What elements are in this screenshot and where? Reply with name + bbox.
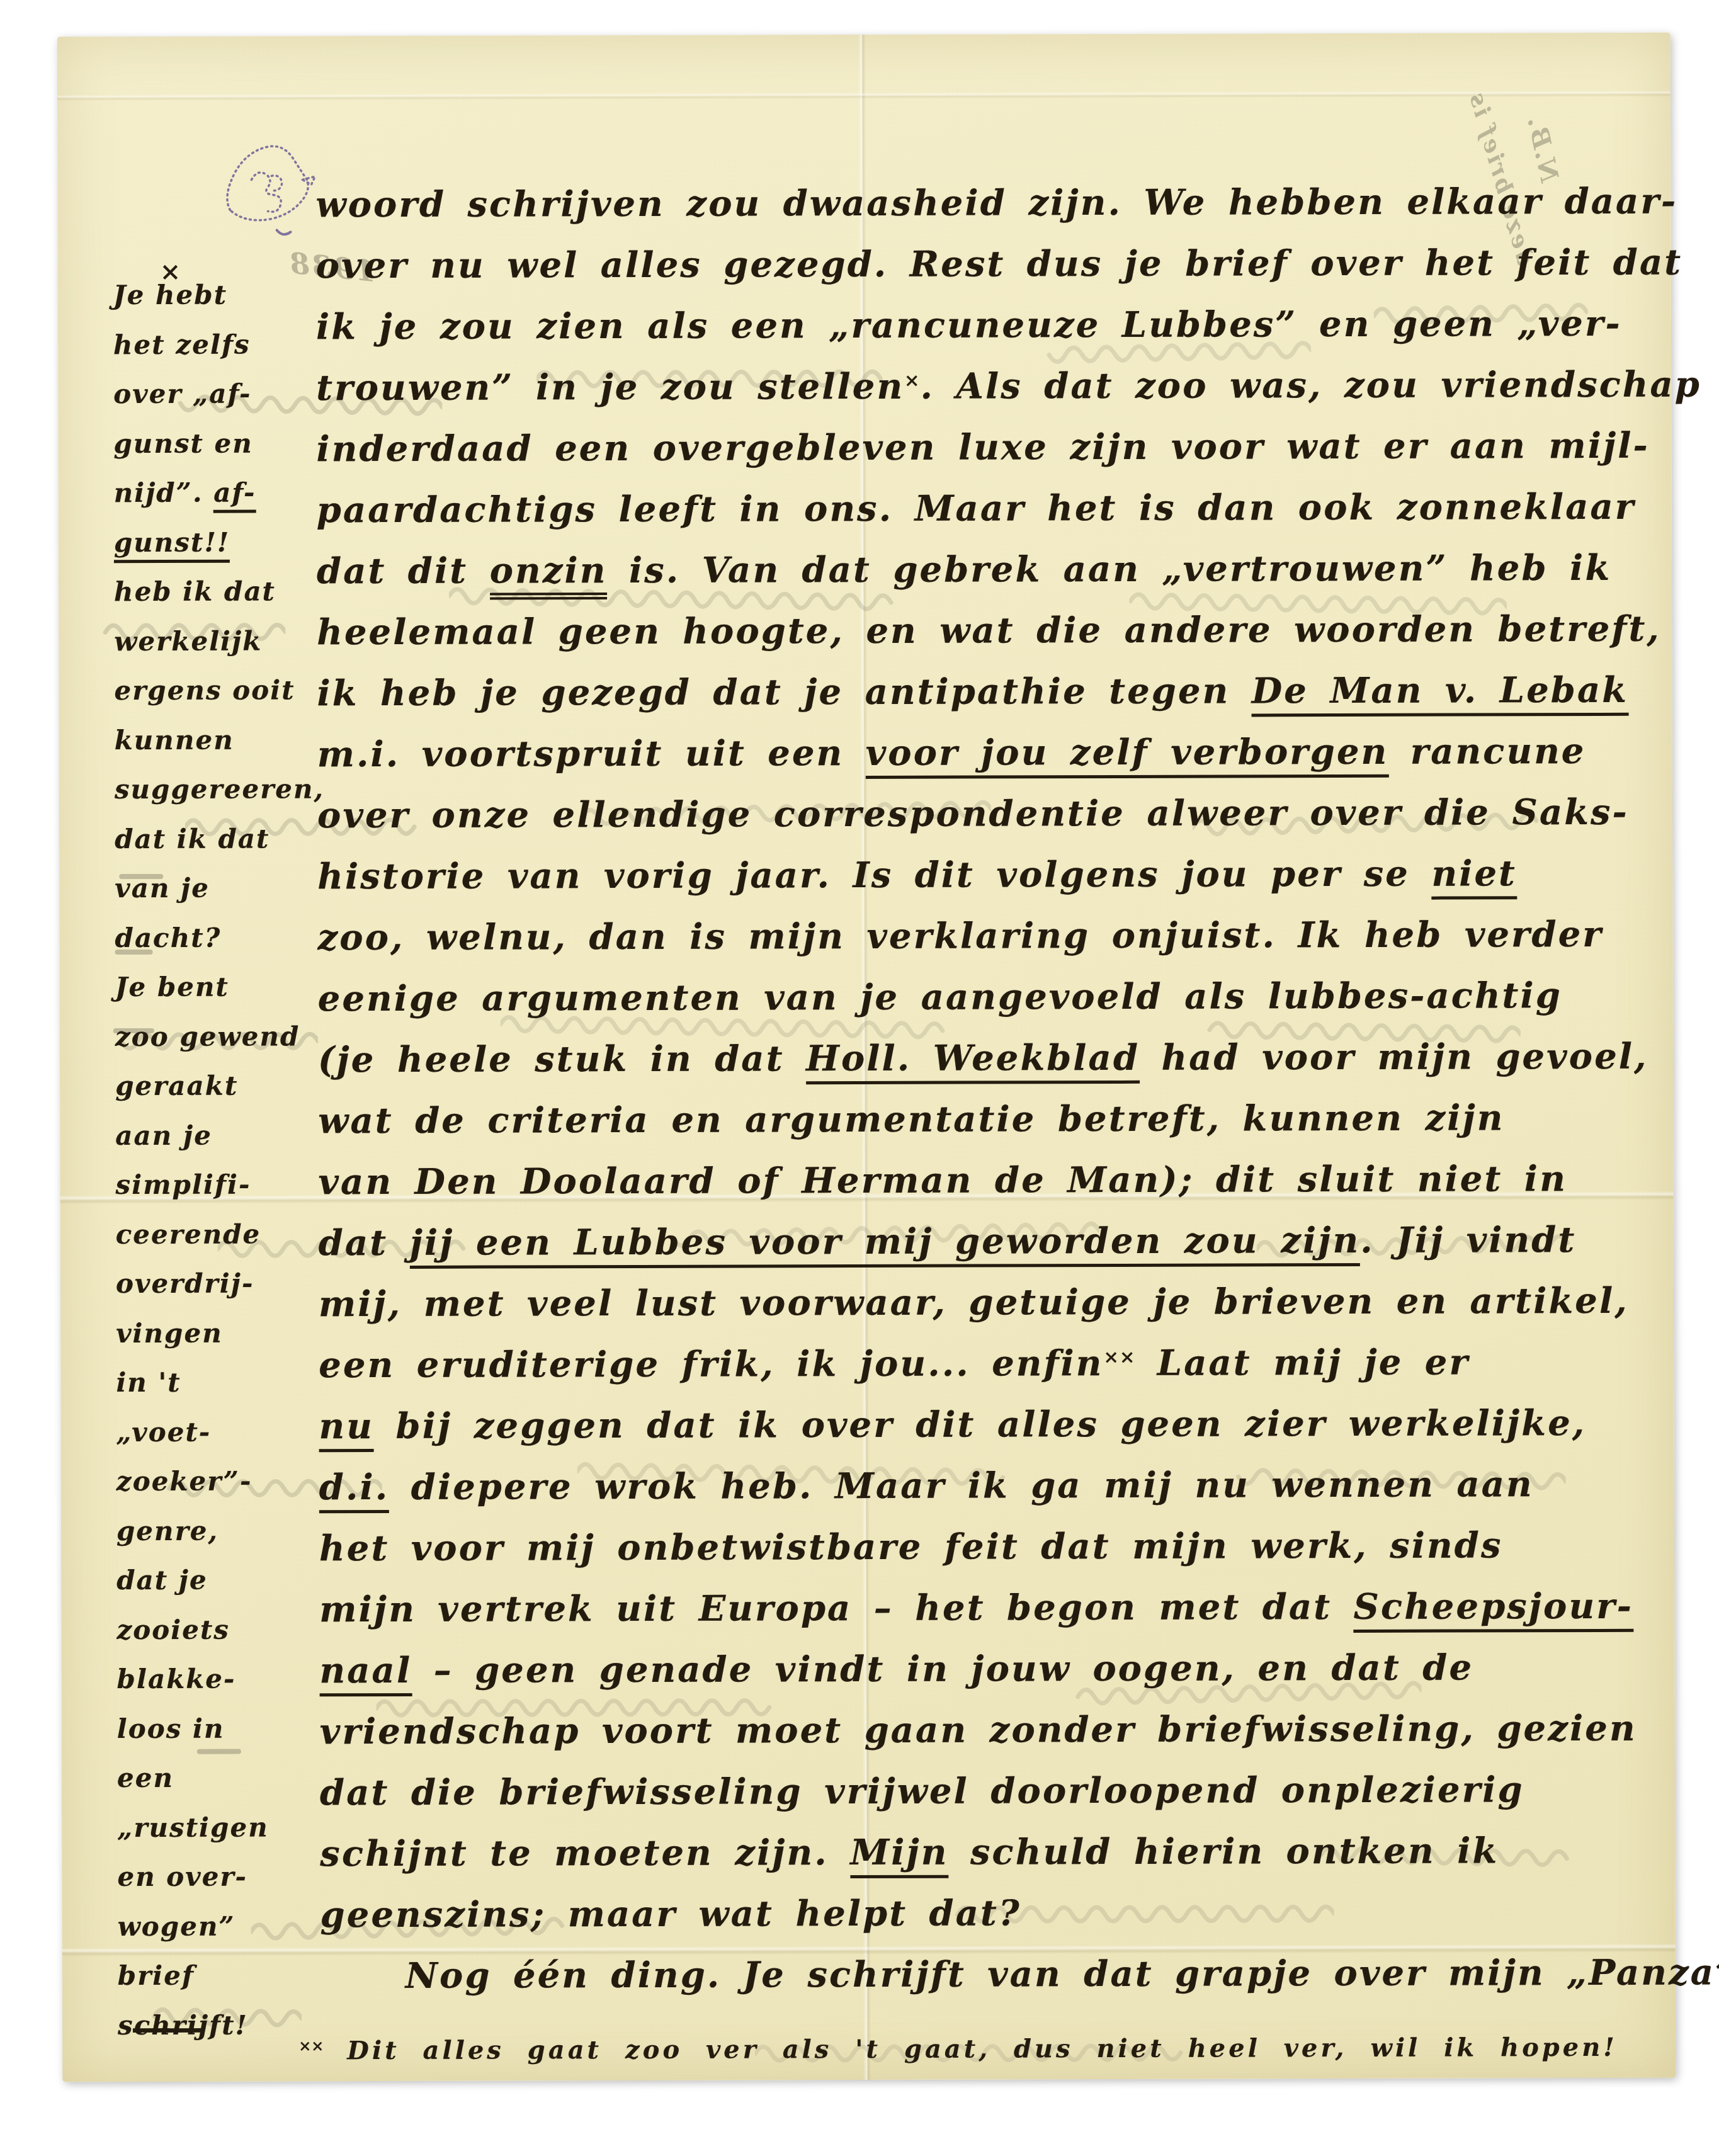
text-run: simplifi- xyxy=(115,1169,251,1201)
text-run: niet xyxy=(1431,853,1517,899)
margin-note-line: werkelijk xyxy=(114,628,262,655)
ink-bleedthrough-dash xyxy=(197,1749,241,1754)
scanned-letter: { "document": { "kind": "handwritten let… xyxy=(0,0,1719,2156)
text-run: van je xyxy=(115,873,210,904)
text-run: in 't xyxy=(116,1367,181,1398)
fold-crease-top xyxy=(57,91,1671,101)
text-run: over nu wel alles gezegd. Rest dus je br… xyxy=(316,242,1683,287)
text-run: De Man v. Lebak xyxy=(1252,669,1629,717)
letter-body-line: d.i. diepere wrok heb. Maar ik ga mij nu… xyxy=(319,1467,1534,1505)
text-run: een eruditerige frik, ik jou... enfin xyxy=(319,1342,1103,1386)
letter-body-line: mijn vertrek uit Europa – het begon met … xyxy=(319,1589,1633,1627)
text-run: ik je zou zien als een „rancuneuze Lubbe… xyxy=(316,303,1622,348)
text-run: zoo, welnu, dan is mijn verklaring onjui… xyxy=(317,914,1603,958)
text-run: dat xyxy=(319,1222,410,1264)
text-run: werkelijk xyxy=(114,625,262,657)
letter-body-line: inderdaad een overgebleven luxe zijn voo… xyxy=(316,428,1649,467)
text-run: dat dit xyxy=(317,550,490,593)
text-run: nu xyxy=(319,1405,374,1452)
letter-body-line: m.i. voortspruit uit een voor jou zelf v… xyxy=(317,734,1586,772)
letter-body: woord schrijven zou dwaasheid zijn. We h… xyxy=(57,33,1671,37)
ink-bleedthrough-layer: 1938N.B.deze brief is xyxy=(57,33,1671,37)
footnote-reference-mark: ×× xyxy=(1103,1346,1135,1368)
margin-note-line: ceerende xyxy=(116,1221,261,1248)
margin-note-line: dat je xyxy=(116,1567,208,1594)
text-run: mij, met veel lust voorwaar, getuige je … xyxy=(319,1280,1629,1325)
letter-body-line: dat jij een Lubbes voor mij geworden zou… xyxy=(319,1222,1577,1261)
text-run: wat de criteria en argumentatie betreft,… xyxy=(318,1097,1504,1142)
text-run: gunst!! xyxy=(114,526,230,562)
margin-note-line: kunnen xyxy=(115,727,234,753)
margin-note-line: brief xyxy=(118,1963,195,1989)
letter-body-line: ik je zou zien als een „rancuneuze Lubbe… xyxy=(316,306,1622,344)
text-run: een xyxy=(117,1762,174,1793)
margin-note-line: ergens ooit xyxy=(114,677,295,704)
margin-note-line: „voet- xyxy=(116,1419,212,1445)
text-run: – geen genade vindt in jouw oogen, en da… xyxy=(412,1647,1473,1691)
letter-body-line: paardachtigs leeft in ons. Maar het is d… xyxy=(317,489,1636,528)
text-run: schijnt te moeten zijn. xyxy=(320,1832,850,1875)
margin-note-line: nijd”. af- xyxy=(114,480,256,507)
text-run: blakke- xyxy=(117,1664,236,1694)
text-run: d.i. xyxy=(319,1467,390,1513)
text-run: historie van vorig jaar. Is dit volgens … xyxy=(317,853,1431,898)
margin-note-line: vingen xyxy=(116,1320,223,1346)
text-run: jij een Lubbes voor mij geworden zou zij… xyxy=(409,1220,1360,1269)
margin-note-line: een xyxy=(117,1765,174,1791)
text-run: trouwen” in je zou stellen xyxy=(316,366,904,409)
margin-note-line: gunst en xyxy=(113,430,252,457)
margin-note-line: wogen” xyxy=(118,1913,235,1939)
text-run: zoeker”- xyxy=(116,1466,252,1497)
text-run: aan je xyxy=(115,1120,212,1150)
letter-body-line: woord schrijven zou dwaasheid zijn. We h… xyxy=(315,184,1677,223)
text-run: inderdaad een overgebleven luxe zijn voo… xyxy=(316,425,1649,470)
text-run: voor jou zelf verborgen xyxy=(866,731,1389,779)
letter-body-line: trouwen” in je zou stellen×. Als dat zoo… xyxy=(316,367,1701,406)
margin-note-line: heb ik dat xyxy=(114,578,276,605)
text-run: en over- xyxy=(117,1861,247,1893)
text-run: had voor mijn gevoel, xyxy=(1140,1036,1648,1079)
margin-note-line: geraakt xyxy=(115,1073,238,1100)
margin-note-line: „rustigen xyxy=(117,1814,269,1841)
letter-body-line: het voor mij onbetwistbare feit dat mijn… xyxy=(319,1528,1503,1566)
letter-body-line: vriendschap voort moet gaan zonder brief… xyxy=(320,1711,1637,1749)
margin-note-line: loos in xyxy=(117,1715,225,1742)
letter-body-line: historie van vorig jaar. Is dit volgens … xyxy=(317,856,1517,894)
text-run: . Als dat zoo was, zou vriendschap xyxy=(920,364,1701,407)
margin-note-line: aan je xyxy=(115,1122,212,1149)
text-run: m.i. voortspruit uit een xyxy=(317,732,866,775)
text-run: geraakt xyxy=(115,1070,238,1102)
text-run: Scheepsjour- xyxy=(1353,1586,1633,1633)
letter-body-line: Nog één ding. Je schrijft van dat grapje… xyxy=(406,1955,1719,1994)
text-run: dat je xyxy=(116,1565,208,1596)
margin-note-line: genre, xyxy=(116,1518,218,1544)
margin-note: × Je hebthet zelfsover „af-gunst ennijd”… xyxy=(57,33,1671,37)
margin-note-line: van je xyxy=(115,875,210,902)
footnote-reference-mark: × xyxy=(904,370,920,391)
margin-note-line: dacht? xyxy=(115,924,221,951)
margin-note-line: overdrij- xyxy=(116,1271,254,1298)
letter-body-line: een eruditerige frik, ik jou... enfin×× … xyxy=(319,1344,1470,1383)
text-run: het zelfs xyxy=(113,329,251,360)
margin-note-line: simplifi- xyxy=(115,1172,251,1199)
margin-note-line: Je hebt xyxy=(113,282,227,309)
margin-note-line: in 't xyxy=(116,1370,181,1396)
letter-body-line: dat dit onzin is. Van dat gebrek aan „ve… xyxy=(317,550,1611,589)
letter-body-line: schijnt te moeten zijn. Mijn schuld hier… xyxy=(320,1833,1499,1871)
margin-note-line: zoo gewend xyxy=(115,1023,300,1050)
text-run: het voor mij onbetwistbare feit dat mijn… xyxy=(319,1524,1503,1569)
text-run: van Den Doolaard of Herman de Man); dit … xyxy=(318,1158,1567,1203)
text-run: over onze ellendige correspondentie alwe… xyxy=(317,791,1629,836)
margin-note-line: suggereeren, xyxy=(115,776,324,803)
letter-body-line: naal – geen genade vindt in jouw oogen, … xyxy=(319,1650,1473,1688)
text-run: af- xyxy=(213,477,256,513)
text-run: heelemaal geen hoogte, en wat die andere… xyxy=(317,608,1661,654)
margin-note-line: blakke- xyxy=(117,1666,236,1693)
ink-bleedthrough-text: N.B. xyxy=(1521,112,1565,184)
text-run: Laat mij je er xyxy=(1135,1341,1470,1383)
footnote-line: ×× Dit alles gaat zoo ver als 't gaat, d… xyxy=(298,2033,1618,2065)
margin-note-line: gunst!! xyxy=(114,529,230,555)
letter-body-line: ik heb je gezegd dat je antipathie tegen… xyxy=(317,672,1628,711)
text-run: mijn vertrek uit Europa – het begon met … xyxy=(319,1586,1353,1630)
text-run: bij zeggen dat ik over dit alles geen zi… xyxy=(374,1402,1586,1447)
text-run: zoo gewend xyxy=(115,1021,300,1052)
margin-note-line: over „af- xyxy=(113,381,251,408)
text-run: nijd”. xyxy=(114,477,214,508)
letter-body-line: dat die briefwisseling vrijwel doorloope… xyxy=(320,1772,1524,1810)
text-run: „voet- xyxy=(116,1416,211,1447)
text-run: Nog één ding. Je schrijft van dat grapje… xyxy=(406,1951,1719,1997)
text-run: dat ik dat xyxy=(115,823,269,854)
text-run: heb ik dat xyxy=(114,576,276,607)
text-run: paardachtigs leeft in ons. Maar het is d… xyxy=(317,486,1636,531)
text-run: gunst en xyxy=(113,428,253,459)
text-run: vriendschap voort moet gaan zonder brief… xyxy=(320,1708,1637,1752)
margin-note-lines: Je hebthet zelfsover „af-gunst ennijd”. … xyxy=(57,33,1671,37)
text-run: dacht? xyxy=(115,922,221,953)
letter-body-line: mij, met veel lust voorwaar, getuige je … xyxy=(319,1283,1629,1322)
text-run: brief xyxy=(118,1960,195,1991)
text-run: kunnen xyxy=(115,724,234,755)
letter-body-line: van Den Doolaard of Herman de Man); dit … xyxy=(318,1161,1567,1200)
text-run: (je heele stuk in dat xyxy=(318,1038,806,1081)
text-run: suggereeren, xyxy=(115,773,324,805)
text-run: eenige argumenten van je aangevoeld als … xyxy=(318,975,1562,1019)
text-run: genre, xyxy=(116,1515,218,1546)
letter-body-line: wat de criteria en argumentatie betreft,… xyxy=(318,1100,1504,1138)
text-run: Je bent xyxy=(115,972,229,1002)
text-run: loos in xyxy=(117,1713,225,1744)
letter-body-line: over nu wel alles gezegd. Rest dus je br… xyxy=(316,245,1683,284)
text-run: wogen” xyxy=(118,1910,235,1941)
text-run: ik heb je gezegd dat je antipathie tegen xyxy=(317,670,1251,714)
archive-stamp xyxy=(218,135,319,255)
text-run: Holl. Weekblad xyxy=(806,1037,1140,1084)
text-run: Mijn xyxy=(850,1832,948,1878)
footnote-text: Dit alles gaat zoo ver als 't gaat, dus … xyxy=(347,2033,1618,2065)
margin-note-line: het zelfs xyxy=(113,331,251,358)
text-run: woord schrijven zou dwaasheid zijn. We h… xyxy=(315,181,1677,226)
letter-body-line: (je heele stuk in dat Holl. Weekblad had… xyxy=(318,1039,1648,1078)
footnote-marker: ×× xyxy=(298,2036,324,2055)
text-run: diepere wrok heb. Maar ik ga mij nu wenn… xyxy=(389,1463,1534,1508)
text-run: is. Van dat gebrek aan „vertrouwen” heb … xyxy=(607,547,1611,591)
text-run: geenszins; maar wat helpt dat? xyxy=(320,1892,1021,1936)
text-run: . Jij vindt xyxy=(1360,1219,1576,1261)
margin-closing-dash: ―― xyxy=(133,2006,201,2049)
text-run: rancune xyxy=(1388,730,1586,773)
margin-note-line: dat ik dat xyxy=(115,826,269,853)
text-run: over „af- xyxy=(113,378,251,410)
letter-page: 1938N.B.deze brief is × Je hebthet zelfs… xyxy=(57,33,1676,2082)
letter-body-line: geenszins; maar wat helpt dat? xyxy=(320,1895,1021,1932)
margin-note-line: en over- xyxy=(117,1864,247,1891)
letter-body-line: zoo, welnu, dan is mijn verklaring onjui… xyxy=(317,917,1603,955)
letter-body-line: nu bij zeggen dat ik over dit alles geen… xyxy=(319,1405,1586,1444)
letter-body-line: eenige argumenten van je aangevoeld als … xyxy=(318,978,1562,1016)
text-run: „rustigen xyxy=(117,1812,269,1843)
text-run: vingen xyxy=(116,1317,223,1348)
text-run: schuld hierin ontken ik xyxy=(948,1830,1499,1873)
text-run: Je hebt xyxy=(113,280,227,310)
margin-note-line: Je bent xyxy=(115,974,229,1001)
margin-note-line: zooiets xyxy=(116,1616,230,1643)
letter-body-line: over onze ellendige correspondentie alwe… xyxy=(317,795,1629,833)
margin-note-line: zoeker”- xyxy=(116,1468,252,1495)
text-run: ergens ooit xyxy=(114,674,295,706)
letter-body-line: heelemaal geen hoogte, en wat die andere… xyxy=(317,611,1661,650)
text-run: dat die briefwisseling vrijwel doorloope… xyxy=(320,1769,1524,1813)
text-run: zooiets xyxy=(116,1614,230,1645)
text-run: naal xyxy=(319,1650,412,1696)
text-run: onzin xyxy=(489,550,607,599)
text-run: overdrij- xyxy=(116,1268,254,1300)
text-run: ceerende xyxy=(116,1218,261,1250)
